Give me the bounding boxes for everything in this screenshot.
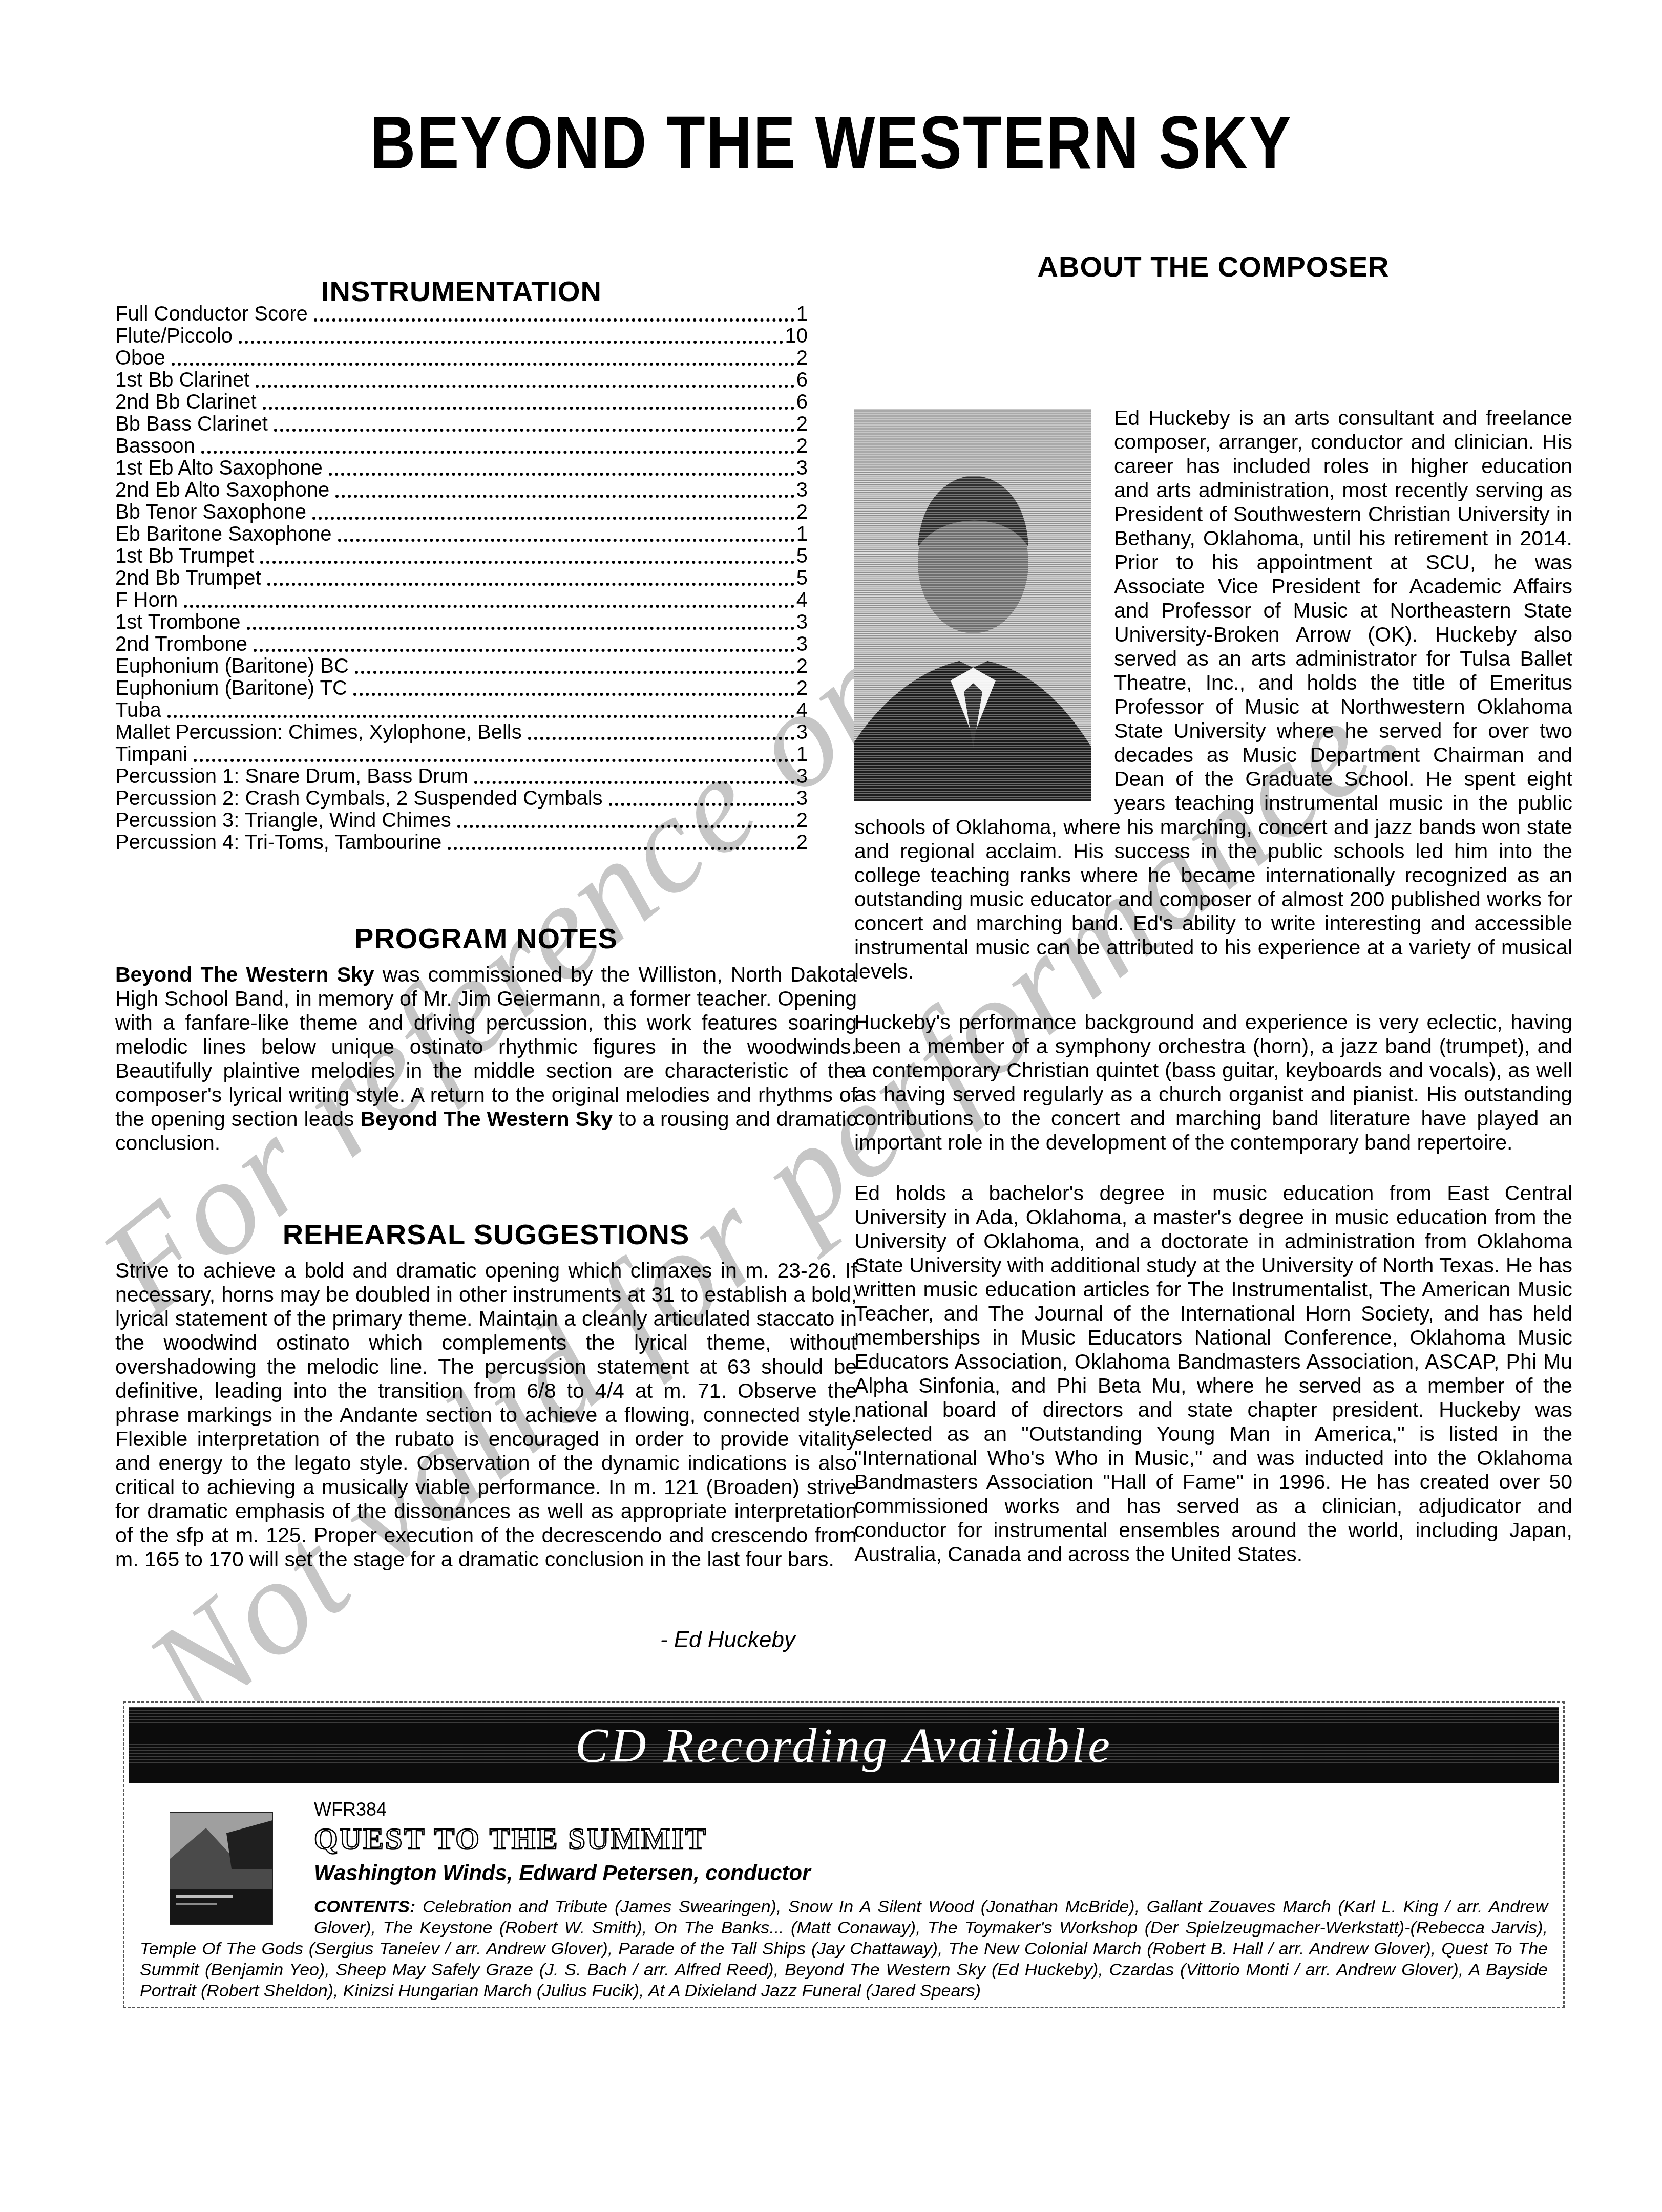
instrument-name: Oboe	[115, 347, 165, 369]
instrument-quantity: 3	[796, 765, 808, 788]
dot-leader	[201, 451, 794, 454]
dot-leader	[474, 781, 794, 784]
instrument-row: Bassoon2	[115, 435, 808, 457]
instrument-quantity: 5	[796, 567, 808, 589]
instrument-name: 2nd Trombone	[115, 633, 247, 655]
instrument-quantity: 6	[796, 391, 808, 413]
instrument-quantity: 2	[796, 677, 808, 699]
instrument-row: Bb Bass Clarinet2	[115, 413, 808, 435]
cd-contents-label: CONTENTS:	[314, 1897, 415, 1917]
instrument-row: Tuba4	[115, 699, 808, 721]
instrument-quantity: 2	[796, 413, 808, 435]
instrument-name: 2nd Bb Trumpet	[115, 567, 261, 589]
instrument-quantity: 1	[796, 743, 808, 765]
dot-leader	[312, 517, 794, 520]
instrument-quantity: 6	[796, 369, 808, 391]
instrument-row: Percussion 2: Crash Cymbals, 2 Suspended…	[115, 788, 808, 810]
instrument-row: F Horn4	[115, 589, 808, 611]
instrument-quantity: 4	[796, 699, 808, 721]
dot-leader	[263, 407, 794, 410]
instrument-quantity: 2	[796, 832, 808, 854]
instrument-row: 2nd Trombone3	[115, 633, 808, 655]
instrument-name: Tuba	[115, 699, 161, 721]
instrument-quantity: 3	[796, 611, 808, 633]
instrument-name: 1st Eb Alto Saxophone	[115, 457, 323, 479]
dot-leader	[194, 759, 794, 762]
instrument-quantity: 3	[796, 633, 808, 655]
instrument-name: Mallet Percussion: Chimes, Xylophone, Be…	[115, 721, 522, 743]
instrument-name: Percussion 1: Snare Drum, Bass Drum	[115, 765, 468, 788]
instrument-row: 1st Bb Trumpet5	[115, 545, 808, 567]
instrument-name: Full Conductor Score	[115, 303, 308, 325]
dot-leader	[254, 649, 794, 652]
instrument-quantity: 2	[796, 435, 808, 457]
instrument-row: Percussion 3: Triangle, Wind Chimes2	[115, 810, 808, 832]
instrument-quantity: 3	[796, 479, 808, 501]
instrument-quantity: 1	[796, 303, 808, 325]
instrument-name: Bb Bass Clarinet	[115, 413, 268, 435]
instrument-quantity: 4	[796, 589, 808, 611]
instrument-row: Oboe2	[115, 347, 808, 369]
dot-leader	[256, 385, 794, 388]
dot-leader	[267, 583, 794, 586]
dot-leader	[274, 429, 794, 432]
instrument-name: Euphonium (Baritone) TC	[115, 677, 347, 699]
dot-leader	[247, 627, 794, 630]
instrument-name: Percussion 2: Crash Cymbals, 2 Suspended…	[115, 788, 603, 810]
instrument-row: Timpani1	[115, 743, 808, 765]
instrument-name: Bassoon	[115, 435, 195, 457]
instrument-name: Eb Baritone Saxophone	[115, 523, 332, 545]
about-composer-body: Ed Huckeby is an arts consultant and fre…	[854, 406, 1572, 1566]
work-title-reference: Beyond The Western Sky	[115, 963, 374, 986]
instrumentation-list: Full Conductor Score1Flute/Piccolo10Oboe…	[115, 303, 808, 854]
dot-leader	[448, 847, 794, 850]
about-paragraph-2: Huckeby's performance background and exp…	[854, 1010, 1572, 1155]
instrument-quantity: 3	[796, 788, 808, 810]
dot-leader	[609, 803, 794, 806]
composer-photo	[854, 409, 1091, 801]
instrument-quantity: 1	[796, 523, 808, 545]
dot-leader	[172, 363, 794, 366]
work-title-reference: Beyond The Western Sky	[360, 1107, 613, 1131]
dot-leader	[528, 737, 794, 740]
instrument-quantity: 2	[796, 501, 808, 523]
program-notes-heading: PROGRAM NOTES	[115, 922, 857, 955]
instrument-row: Euphonium (Baritone) BC2	[115, 655, 808, 677]
instrument-row: Mallet Percussion: Chimes, Xylophone, Be…	[115, 721, 808, 743]
cd-banner-title: CD Recording Available	[575, 1717, 1112, 1774]
instrument-quantity: 2	[796, 655, 808, 677]
page-title: BEYOND THE WESTERN SKY	[0, 100, 1662, 186]
instrument-name: Percussion 4: Tri-Toms, Tambourine	[115, 832, 441, 854]
dot-leader	[314, 318, 794, 322]
dot-leader	[338, 539, 794, 542]
dot-leader	[184, 605, 794, 608]
about-composer-section: ABOUT THE COMPOSER	[854, 250, 1572, 1587]
about-paragraph-3: Ed holds a bachelor's degree in music ed…	[854, 1181, 1572, 1566]
instrument-quantity: 5	[796, 545, 808, 567]
instrument-row: Full Conductor Score1	[115, 303, 808, 325]
dot-leader	[239, 341, 783, 344]
instrument-name: 2nd Eb Alto Saxophone	[115, 479, 329, 501]
instrument-name: Bb Tenor Saxophone	[115, 501, 306, 523]
program-notes-text: was commissioned by the Williston, North…	[115, 963, 857, 1131]
instrument-name: Euphonium (Baritone) BC	[115, 655, 349, 677]
instrument-name: Timpani	[115, 743, 187, 765]
instrument-row: Eb Baritone Saxophone1	[115, 523, 808, 545]
page-content: BEYOND THE WESTERN SKY INSTRUMENTATION F…	[0, 0, 1662, 2212]
cd-album-title: QUEST TO THE SUMMIT	[140, 1821, 1548, 1857]
instrument-row: 2nd Bb Clarinet6	[115, 391, 808, 413]
dot-leader	[335, 495, 794, 498]
instrument-quantity: 2	[796, 347, 808, 369]
instrument-name: 2nd Bb Clarinet	[115, 391, 257, 413]
instrument-quantity: 3	[796, 721, 808, 743]
cd-recording-section: CD Recording Available WFR384 QUEST TO T…	[123, 1701, 1565, 2008]
instrument-row: 1st Eb Alto Saxophone3	[115, 457, 808, 479]
rehearsal-suggestions-heading: REHEARSAL SUGGESTIONS	[115, 1218, 857, 1251]
instrument-quantity: 10	[785, 325, 808, 347]
instrument-row: Percussion 1: Snare Drum, Bass Drum3	[115, 765, 808, 788]
instrument-row: Bb Tenor Saxophone2	[115, 501, 808, 523]
composer-signature: - Ed Huckeby	[115, 1627, 857, 1653]
rehearsal-suggestions-body: Strive to achieve a bold and dramatic op…	[115, 1259, 857, 1571]
instrument-row: 2nd Bb Trumpet5	[115, 567, 808, 589]
cd-banner: CD Recording Available	[129, 1707, 1559, 1783]
instrument-row: Percussion 4: Tri-Toms, Tambourine2	[115, 832, 808, 854]
instrument-quantity: 3	[796, 457, 808, 479]
instrument-name: F Horn	[115, 589, 178, 611]
instrument-quantity: 2	[796, 810, 808, 832]
cd-info: WFR384 QUEST TO THE SUMMIT Washington Wi…	[124, 1788, 1563, 2002]
cd-catalog-number: WFR384	[140, 1799, 1548, 1820]
instrument-name: 1st Bb Clarinet	[115, 369, 249, 391]
program-notes-body: Beyond The Western Sky was commissioned …	[115, 963, 857, 1155]
instrument-name: Flute/Piccolo	[115, 325, 233, 347]
dot-leader	[353, 693, 794, 696]
instrument-row: 2nd Eb Alto Saxophone3	[115, 479, 808, 501]
instrument-row: 1st Bb Clarinet6	[115, 369, 808, 391]
dot-leader	[457, 825, 794, 828]
instrument-row: Euphonium (Baritone) TC2	[115, 677, 808, 699]
cd-cover-image	[170, 1812, 273, 1925]
cd-contents: CONTENTS: Celebration and Tribute (James…	[140, 1897, 1548, 2002]
about-composer-heading: ABOUT THE COMPOSER	[854, 250, 1572, 283]
sheet-music-info-page: For reference only Not valid for perform…	[0, 0, 1662, 2212]
dot-leader	[167, 715, 794, 718]
dot-leader	[329, 473, 794, 476]
dot-leader	[355, 671, 794, 674]
cd-performers: Washington Winds, Edward Petersen, condu…	[140, 1861, 1548, 1885]
instrument-name: Percussion 3: Triangle, Wind Chimes	[115, 810, 451, 832]
instrument-name: 1st Bb Trumpet	[115, 545, 254, 567]
instrument-name: 1st Trombone	[115, 611, 241, 633]
instrument-row: Flute/Piccolo10	[115, 325, 808, 347]
dot-leader	[260, 561, 794, 564]
instrument-row: 1st Trombone3	[115, 611, 808, 633]
